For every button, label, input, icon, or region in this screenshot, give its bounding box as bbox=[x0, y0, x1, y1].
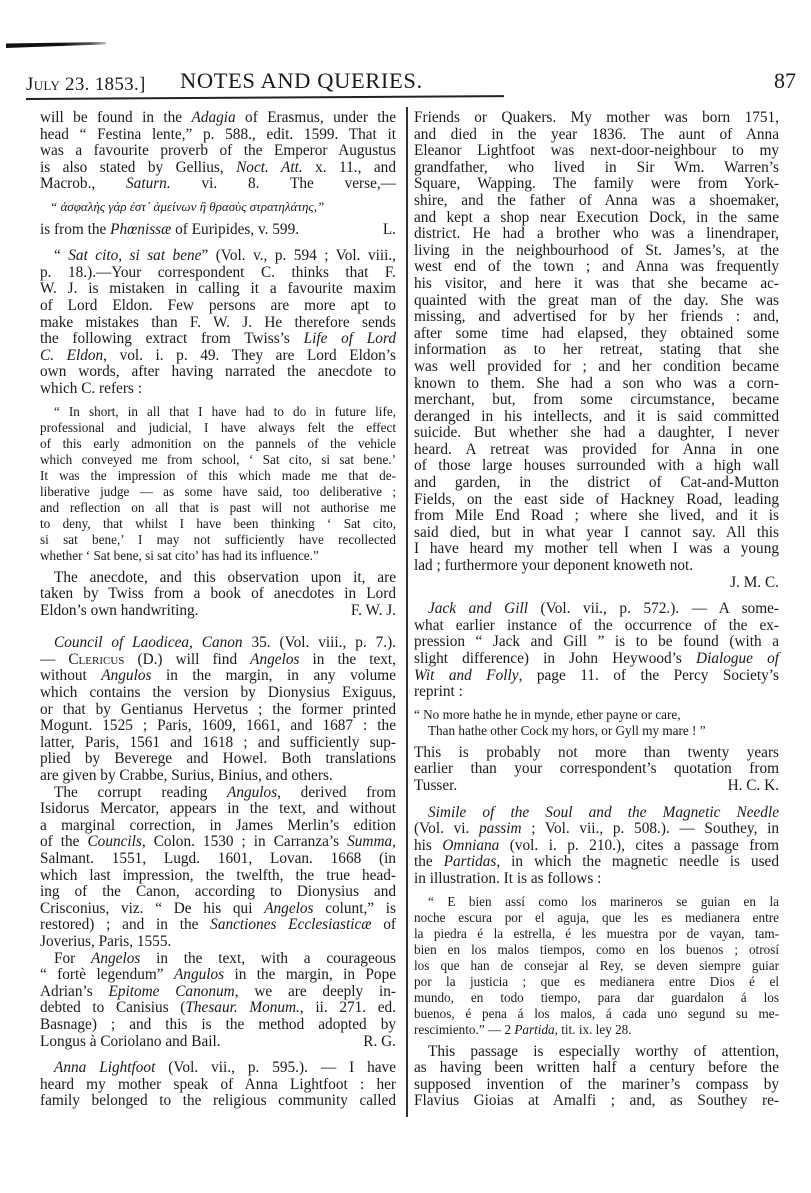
text-line: said died, but in what year I cannot say… bbox=[414, 525, 779, 542]
text-line: Fields, on the east side of Hackney Road… bbox=[414, 492, 779, 509]
page-number: 87 bbox=[774, 68, 796, 94]
text-line: pression “ Jack and Gill ” is to be foun… bbox=[414, 634, 779, 651]
text-line: slight difference) in John Heywood’s Dia… bbox=[414, 651, 779, 668]
text-line: heard my mother speak of Anna Lightfoot … bbox=[40, 1077, 396, 1094]
author-signature: H. C. K. bbox=[728, 778, 779, 795]
text-line: latter, Paris, 1561 and 1618 ; and suffi… bbox=[40, 735, 396, 752]
text-line: supposed invention of the mariner’s comp… bbox=[414, 1077, 779, 1094]
text-line: to deny, that whilst I have been thinkin… bbox=[40, 516, 396, 532]
text-line: which conveyed me from school, ‘ Sat cit… bbox=[40, 452, 396, 468]
text-line: was a favourite proverb of the Emperor A… bbox=[40, 143, 396, 160]
text-line: Flavius Gioias at Amalfi ; and, as South… bbox=[414, 1093, 779, 1110]
text-line: taken by Twiss from a book of anecdotes … bbox=[40, 586, 396, 603]
text-line: los que han de consejar al Rey, se deven… bbox=[414, 958, 779, 974]
text-line: his Omniana (vol. i. p. 210.), cites a p… bbox=[414, 838, 779, 855]
text-line: lad ; furthermore your deponent knoweth … bbox=[414, 558, 779, 575]
block-quote: “ E bien assí como los marineros se guia… bbox=[414, 894, 779, 1038]
text-line: Macrob., Saturn. vi. 8. The verse,— bbox=[40, 176, 396, 193]
article-jack-and-gill: Jack and Gill (Vol. vii., p. 572.). — A … bbox=[414, 601, 779, 794]
closing-text: Longus à Coriolano and Bail. bbox=[40, 1034, 221, 1051]
verse-quote: “ No more hathe he in mynde, ether payne… bbox=[414, 707, 779, 739]
spacer bbox=[40, 619, 396, 629]
text-line: his visitor, and here it was that she be… bbox=[414, 276, 779, 293]
text-line: or that by Gentianus Hervetus ; the form… bbox=[40, 702, 396, 719]
text-line: liberative judge — as some have said, to… bbox=[40, 484, 396, 500]
text-line: and kept a shop near Execution Dock, in … bbox=[414, 210, 779, 227]
text-line: p. 18.).—Your correspondent C. thinks th… bbox=[40, 265, 396, 282]
text-line: which C. refers : bbox=[40, 381, 396, 398]
text-line: Adrian’s Epitome Canonum, we are deeply … bbox=[40, 984, 396, 1001]
text-line: own words, after having narrated the ane… bbox=[40, 364, 396, 381]
text-line: the Partidas, in which the magnetic need… bbox=[414, 854, 779, 871]
text-line: ing of the Canon, according to Dionysius… bbox=[40, 884, 396, 901]
text-line: por la justicia ; que es medianera entre… bbox=[414, 974, 779, 990]
text-line: Simile of the Soul and the Magnetic Need… bbox=[414, 805, 779, 822]
closing-text: is from the Phœnissæ of Euripides, v. 59… bbox=[40, 222, 299, 239]
text-line: shire, and the father of Anna was a shoe… bbox=[414, 193, 779, 210]
text-line: reprint : bbox=[414, 684, 779, 701]
text-line: quainted with the great man of the day. … bbox=[414, 293, 779, 310]
text-line: Council of Laodicea, Canon 35. (Vol. vii… bbox=[40, 635, 396, 652]
text-line: are given by Crabbe, Surius, Binius, and… bbox=[40, 768, 396, 785]
text-line: living in the neighbourhood of St. James… bbox=[414, 243, 779, 260]
text-line: from Mile End Road ; where she lived, an… bbox=[414, 508, 779, 525]
text-line: family belonged to the religious communi… bbox=[40, 1093, 396, 1110]
text-line: a marginal correction, in James Merlin’s… bbox=[40, 818, 396, 835]
article-sat-cito: “ Sat cito, si sat bene” (Vol. v., p. 59… bbox=[40, 248, 396, 619]
closing-line: Eldon’s own handwriting.F. W. J. bbox=[40, 603, 396, 620]
text-line: “ E bien assí como los marineros se guia… bbox=[414, 894, 779, 910]
verse-line: Than hathe other Cock my hors, or Gyll m… bbox=[414, 723, 779, 739]
journal-title: NOTES AND QUERIES. bbox=[180, 68, 423, 94]
left-column: will be found in the Adagia of Erasmus, … bbox=[40, 110, 396, 1110]
text-line: Friends or Quakers. My mother was born 1… bbox=[414, 110, 779, 127]
text-line: buenos, é pena á los malos, á cada uno s… bbox=[414, 1006, 779, 1022]
verse-line: “ No more hathe he in mynde, ether payne… bbox=[414, 707, 779, 723]
text-line: whether ‘ Sat bene, si sat cito’ has had… bbox=[40, 548, 396, 564]
text-line: district. He had a brother who was a lin… bbox=[414, 226, 779, 243]
text-line: For Angelos in the text, with a courageo… bbox=[40, 951, 396, 968]
article-laodicea: Council of Laodicea, Canon 35. (Vol. vii… bbox=[40, 635, 396, 1050]
text-line: merchant, but, from some circumstance, b… bbox=[414, 392, 779, 409]
text-line: what earlier instance of the occurrence … bbox=[414, 618, 779, 635]
closing-text: Tusser. bbox=[414, 778, 457, 795]
text-line: known to them. She had a son who was a c… bbox=[414, 376, 779, 393]
text-line: la piedra é la estrella, é les muestra p… bbox=[414, 926, 779, 942]
text-line: The anecdote, and this observation upon … bbox=[40, 570, 396, 587]
text-line: The corrupt reading Angulos, derived fro… bbox=[40, 785, 396, 802]
article-simile-magnetic-needle: Simile of the Soul and the Magnetic Need… bbox=[414, 805, 779, 1110]
text-line: head “ Festina lente,” p. 588., edit. 15… bbox=[40, 127, 396, 144]
article-anna-lightfoot: Anna Lightfoot (Vol. vii., p. 595.). — I… bbox=[40, 1060, 396, 1110]
greek-verse: “ ἀσφαλὴς γάρ ἐστ᾽ ἀμείνων ἢ θρασὺς στρα… bbox=[40, 199, 396, 216]
page-header: July 23. 1853.] NOTES AND QUERIES. 87 bbox=[26, 66, 503, 96]
author-signature: L. bbox=[383, 222, 396, 239]
text-line: W. J. is mistaken in calling it a favour… bbox=[40, 281, 396, 298]
text-line: mundo, en todo tiempo, para dar guardalo… bbox=[414, 990, 779, 1006]
text-line: plied by Beverege and Howel. Both transl… bbox=[40, 751, 396, 768]
text-line: the following extract from Twiss’s Life … bbox=[40, 331, 396, 348]
text-line: in illustration. It is as follows : bbox=[414, 871, 779, 888]
text-line: — Clericus (D.) will find Angelos in the… bbox=[40, 652, 396, 669]
text-line: “ Sat cito, si sat bene” (Vol. v., p. 59… bbox=[40, 248, 396, 265]
text-line: Basnage) ; and this is the method adopte… bbox=[40, 1017, 396, 1034]
issue-date: July 23. 1853.] bbox=[26, 74, 146, 96]
text-line: (Vol. vi. passim ; Vol. vii., p. 508.). … bbox=[414, 821, 779, 838]
text-line: noche escura por el aguja, que les es me… bbox=[414, 910, 779, 926]
text-line: Mogunt. 1525 ; Paris, 1609, 1661, and 16… bbox=[40, 718, 396, 735]
text-line: Square, Wapping. The family were from Yo… bbox=[414, 176, 779, 193]
text-line: This is probably not more than twenty ye… bbox=[414, 745, 779, 762]
text-line: bien en los malos tiempos, como en los b… bbox=[414, 942, 779, 958]
text-line: suicide. But whether she had a daughter,… bbox=[414, 425, 779, 442]
text-line: I have heard my mother tell when I was a… bbox=[414, 541, 779, 558]
text-line: which last impression, the twelfth, the … bbox=[40, 868, 396, 885]
text-line: debted to Canisius (Thesaur. Monum., ii.… bbox=[40, 1000, 396, 1017]
right-column: Friends or Quakers. My mother was born 1… bbox=[414, 110, 779, 1110]
author-signature: R. G. bbox=[363, 1034, 396, 1051]
text-line: rescimiento.” — 2 Partida, tit. ix. ley … bbox=[414, 1022, 779, 1038]
article-erasmus: will be found in the Adagia of Erasmus, … bbox=[40, 110, 396, 238]
closing-line: is from the Phœnissæ of Euripides, v. 59… bbox=[40, 222, 396, 239]
text-line: earlier than your correspondent’s quotat… bbox=[414, 761, 779, 778]
text-line: without Angulos in the margin, in any vo… bbox=[40, 668, 396, 685]
text-line: missing, and advertised for by her frien… bbox=[414, 309, 779, 326]
column-divider bbox=[406, 107, 408, 1117]
text-line: C. Eldon, vol. i. p. 49. They are Lord E… bbox=[40, 348, 396, 365]
text-line: of Lord Eldon. Few persons are more apt … bbox=[40, 298, 396, 315]
text-line: professional and judicial, I have always… bbox=[40, 420, 396, 436]
text-line: which contains the version by Dionysius … bbox=[40, 685, 396, 702]
closing-line: Longus à Coriolano and Bail.R. G. bbox=[40, 1034, 396, 1051]
text-line: Wit and Folly, page 11. of the Percy Soc… bbox=[414, 668, 779, 685]
text-line: heard. A retreat was provided for Anna i… bbox=[414, 442, 779, 459]
text-line: is also stated by Gellius, Noct. Att. x.… bbox=[40, 160, 396, 177]
text-line: was well provided for ; and her conditio… bbox=[414, 359, 779, 376]
text-line: will be found in the Adagia of Erasmus, … bbox=[40, 110, 396, 127]
closing-text: Eldon’s own handwriting. bbox=[40, 603, 198, 620]
text-line: and garden, in the district of Cat-and-M… bbox=[414, 475, 779, 492]
author-signature: J. M. C. bbox=[414, 575, 779, 592]
text-line: of the Councils, Colon. 1530 ; in Carran… bbox=[40, 834, 396, 851]
text-line: Isidorus Mercator, appears in the text, … bbox=[40, 801, 396, 818]
text-line: si sat bene,’ I may not sufficiently hav… bbox=[40, 532, 396, 548]
text-line: Joverius, Paris, 1555. bbox=[40, 934, 396, 951]
text-line: Anna Lightfoot (Vol. vii., p. 595.). — I… bbox=[40, 1060, 396, 1077]
scan-edge-mark bbox=[6, 42, 106, 48]
text-line: Crisconius, viz. “ De his qui Angelos co… bbox=[40, 901, 396, 918]
text-line: and died in the year 1836. The aunt of A… bbox=[414, 127, 779, 144]
text-line: Salmant. 1551, Lugd. 1601, Lovan. 1668 (… bbox=[40, 851, 396, 868]
text-line: Eleanor Lightfoot was next-door-neighbou… bbox=[414, 143, 779, 160]
text-line: restored) ; and in the Sanctiones Eccles… bbox=[40, 917, 396, 934]
block-quote: “ In short, in all that I have had to do… bbox=[40, 404, 396, 564]
text-line: This passage is especially worthy of att… bbox=[414, 1044, 779, 1061]
text-line: as having been written half a century be… bbox=[414, 1060, 779, 1077]
closing-line: Tusser.H. C. K. bbox=[414, 778, 779, 795]
text-line: It was the impression of this which made… bbox=[40, 468, 396, 484]
text-line: of this early admonition on the pannels … bbox=[40, 436, 396, 452]
text-line: and reflection on all that is past will … bbox=[40, 500, 396, 516]
text-line: after some time had elapsed, they obtain… bbox=[414, 326, 779, 343]
text-line: of those large houses surrounded with a … bbox=[414, 458, 779, 475]
text-line: deranged in his intellects, and it is sa… bbox=[414, 409, 779, 426]
text-line: Jack and Gill (Vol. vii., p. 572.). — A … bbox=[414, 601, 779, 618]
text-line: make mistakes than F. W. J. He therefore… bbox=[40, 315, 396, 332]
text-line: “ In short, in all that I have had to do… bbox=[40, 404, 396, 420]
author-signature: F. W. J. bbox=[351, 603, 396, 620]
text-line: “ fortè legendum” Angulos in the margin,… bbox=[40, 967, 396, 984]
article-anna-lightfoot-continued: Friends or Quakers. My mother was born 1… bbox=[414, 110, 779, 591]
text-line: information as to her retreat, stating t… bbox=[414, 342, 779, 359]
text-line: grandfather, who lived in Sir Wm. Warren… bbox=[414, 160, 779, 177]
text-line: west end of the town ; and Anna was freq… bbox=[414, 259, 779, 276]
